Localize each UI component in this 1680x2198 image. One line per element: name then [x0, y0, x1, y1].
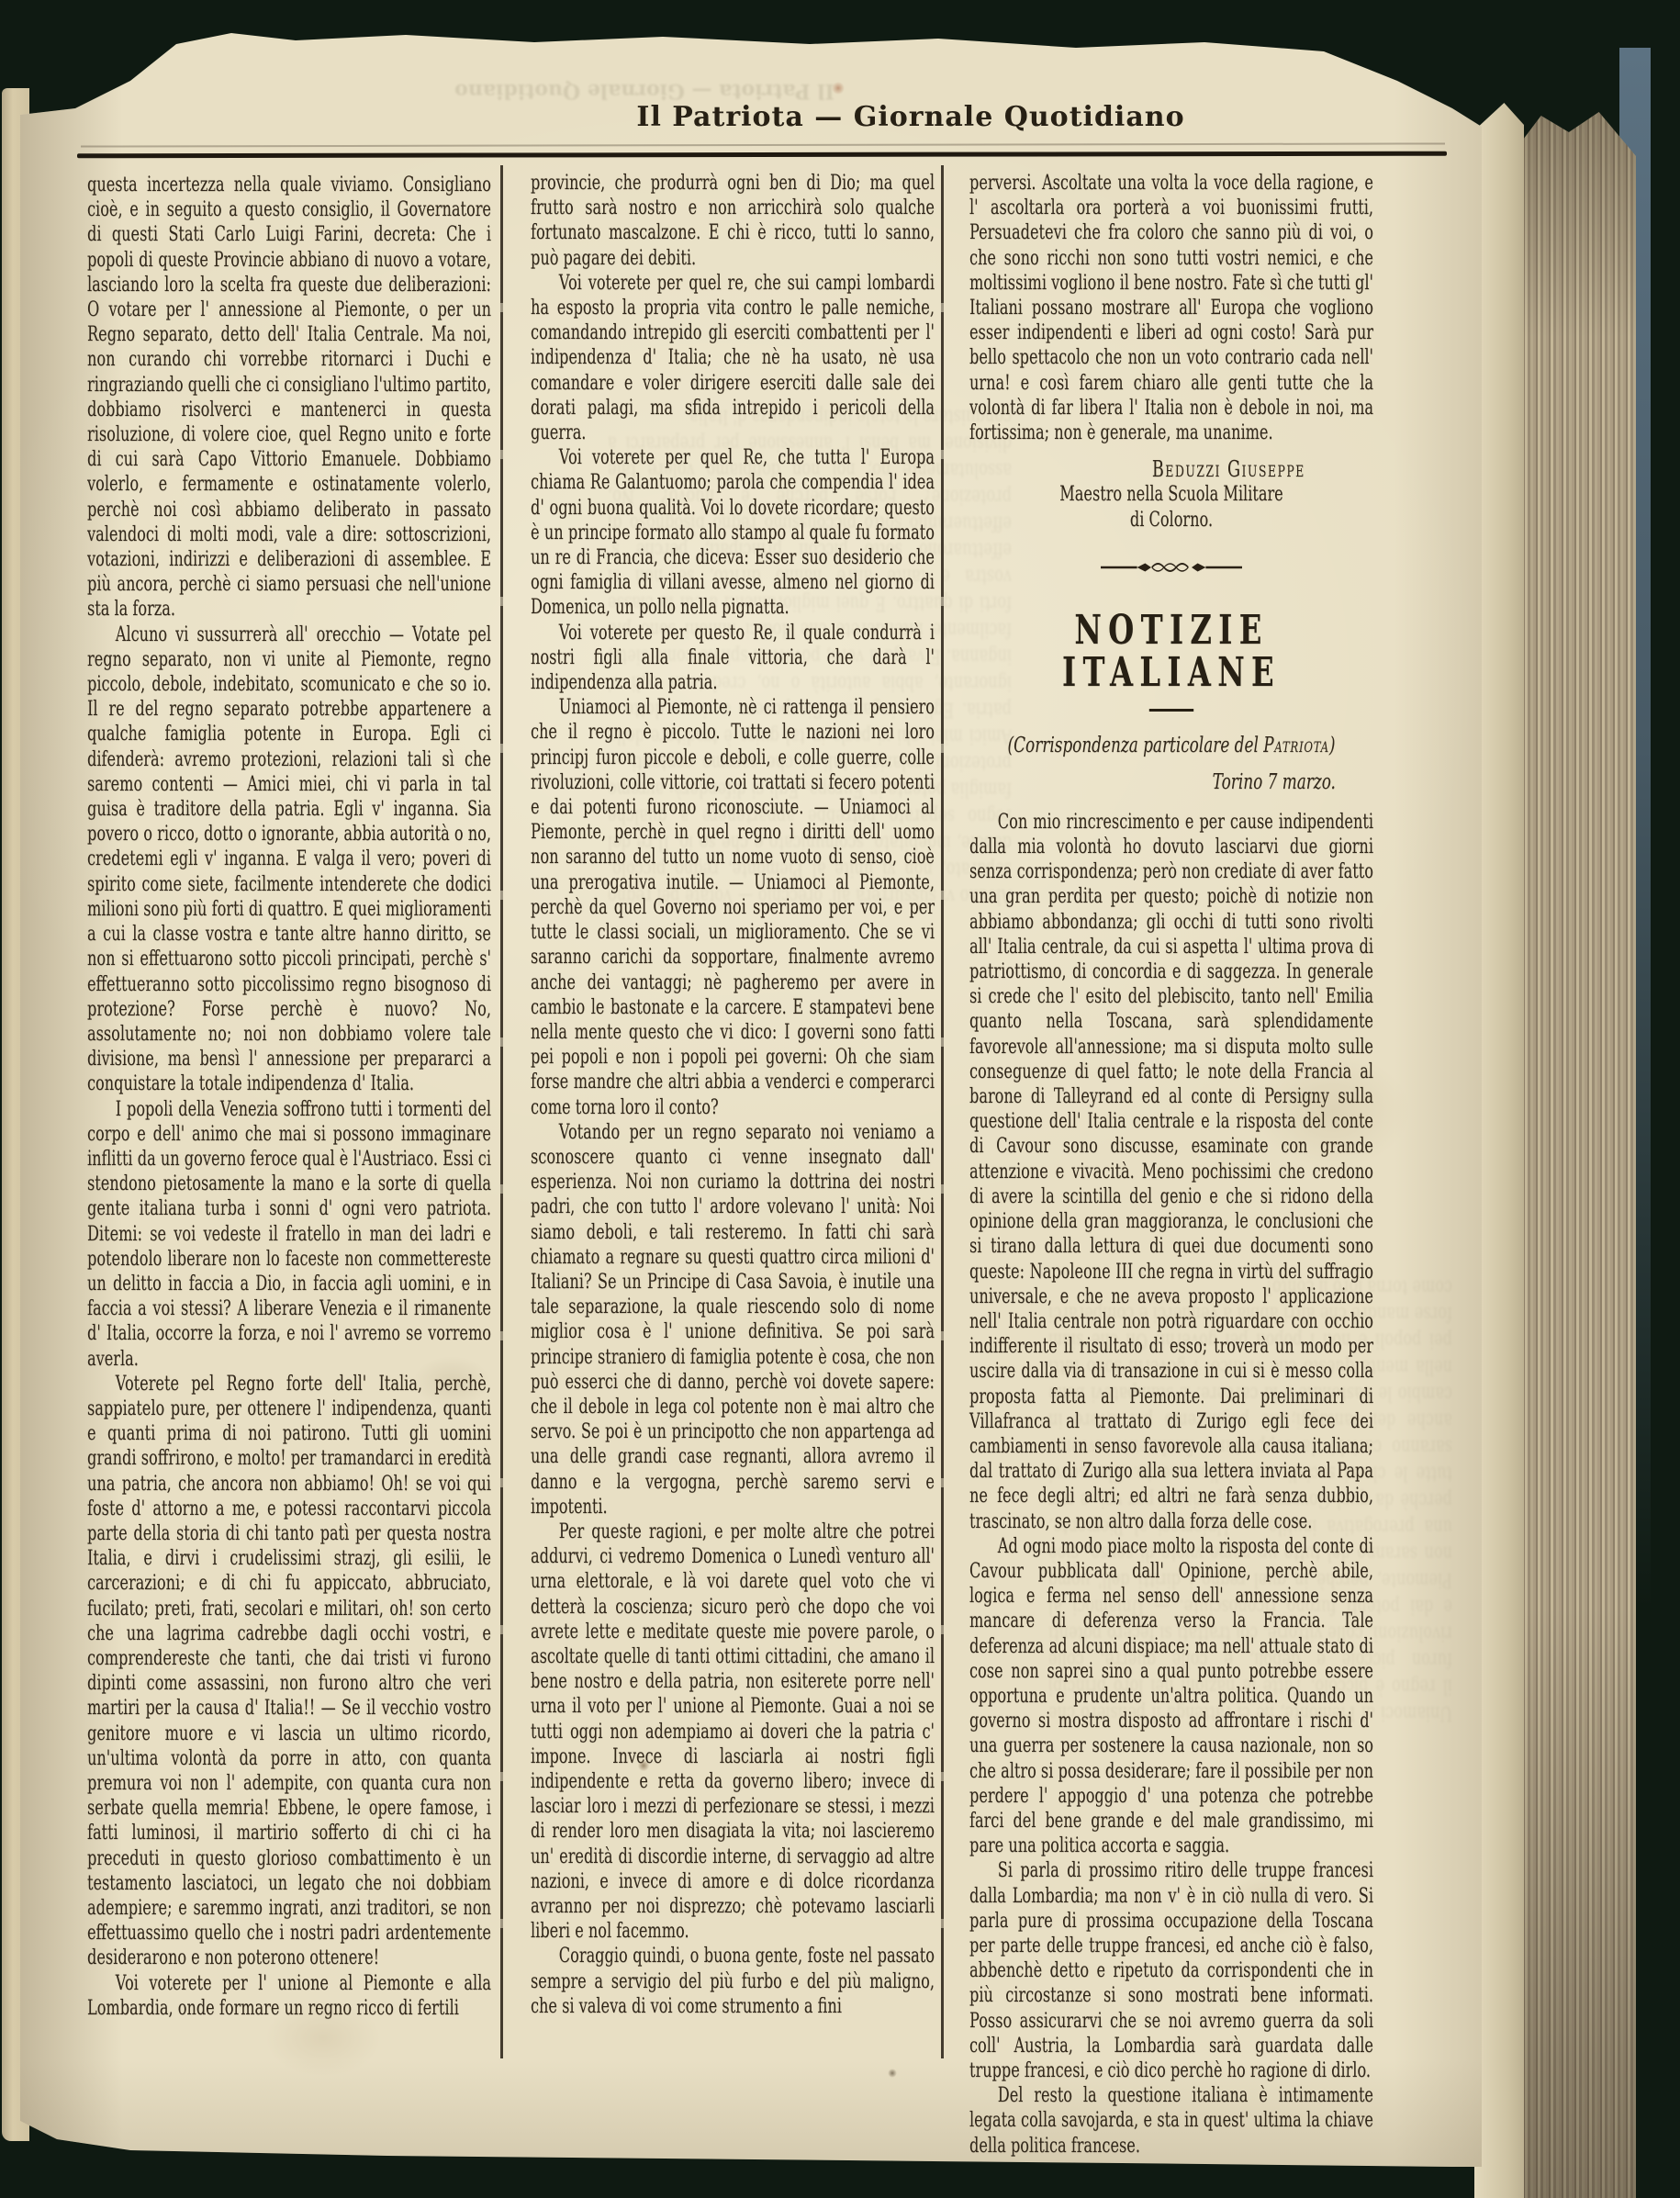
book-backdrop: { "masthead": { "title": "Il Patriota — … [0, 0, 1680, 2198]
correspondence-prefix: (Corrispondenza particolare del [1008, 734, 1264, 757]
paragraph: Voi voterete per l' unione al Piemonte e… [87, 1971, 491, 2021]
paragraph: Voi voterete per questo Re, il quale con… [531, 621, 935, 696]
paragraph: provincie, che produrrà ogni ben di Dio;… [531, 171, 935, 271]
paragraph: Alcuno vi sussurrerà all' orecchio — Vot… [87, 622, 491, 1097]
paragraph: Si parla di prossimo ritiro delle truppe… [969, 1858, 1373, 2083]
paragraph: Voi voterete per quel re, che sui campi … [531, 271, 935, 445]
section-title: NOTIZIE ITALIANE [969, 610, 1373, 694]
section-title-rule [1149, 709, 1193, 712]
paragraph: Voterete pel Regno forte dell' Italia, p… [87, 1372, 491, 1971]
paragraph: Votando per un regno separato noi veniam… [531, 1120, 935, 1520]
paragraph: Coraggio quindi, o buona gente, foste ne… [531, 1944, 935, 2019]
page-curl-edge [1474, 103, 1524, 2198]
paragraph: Voi voterete per quel Re, che tutta l' E… [531, 445, 935, 620]
fore-edge-stack [1520, 84, 1636, 2198]
correspondence-body: Con mio rincrescimento e per cause indip… [969, 810, 1373, 2159]
page-scan: Il Patriota — Giornale Quotidiano Il Pat… [20, 28, 1482, 2167]
column-rule-right [941, 165, 944, 2058]
paragraph: Del resto la questione italiana è intima… [969, 2083, 1373, 2159]
column-rule-left [500, 165, 503, 2058]
column-right: perversi. Ascoltate una volta la voce de… [969, 171, 1373, 2159]
masthead-showthrough: Il Patriota — Giornale Quotidiano [406, 79, 883, 103]
header-rule-thin [81, 142, 1445, 147]
correspondence-journal: Patriota [1263, 734, 1329, 757]
column-middle: provincie, che produrrà ogni ben di Dio;… [531, 171, 935, 2019]
signature-name: Beduzzi Giuseppe [969, 456, 1373, 482]
paragraph: questa incertezza nella quale viviamo. C… [87, 173, 491, 622]
correspondence-suffix: ) [1329, 734, 1336, 757]
signature-place: di Colorno. [969, 508, 1373, 533]
masthead: Il Patriota — Giornale Quotidiano [314, 101, 1507, 133]
paragraph: Con mio rincrescimento e per cause indip… [969, 810, 1373, 1534]
header-rule-thick [77, 151, 1447, 159]
signature-block: Beduzzi Giuseppe Maestro nella Scuola Mi… [969, 456, 1373, 533]
correspondence-line: (Corrispondenza particolare del Patriota… [969, 734, 1373, 758]
paragraph: I popoli della Venezia soffrono tutti i … [87, 1097, 491, 1372]
paragraph: Uniamoci al Piemonte, nè ci rattenga il … [531, 695, 935, 1119]
paragraph: Per queste ragioni, e per molte altre ch… [531, 1520, 935, 1944]
ornament-divider-icon [1101, 557, 1242, 582]
paragraph: Ad ogni modo piace molto la risposta del… [969, 1534, 1373, 1859]
signature-role: Maestro nella Scuola Militare [969, 482, 1373, 508]
column-left: questa incertezza nella quale viviamo. C… [87, 173, 491, 2021]
dateline: Torino 7 marzo. [969, 770, 1373, 795]
paragraph: perversi. Ascoltate una volta la voce de… [969, 171, 1373, 445]
